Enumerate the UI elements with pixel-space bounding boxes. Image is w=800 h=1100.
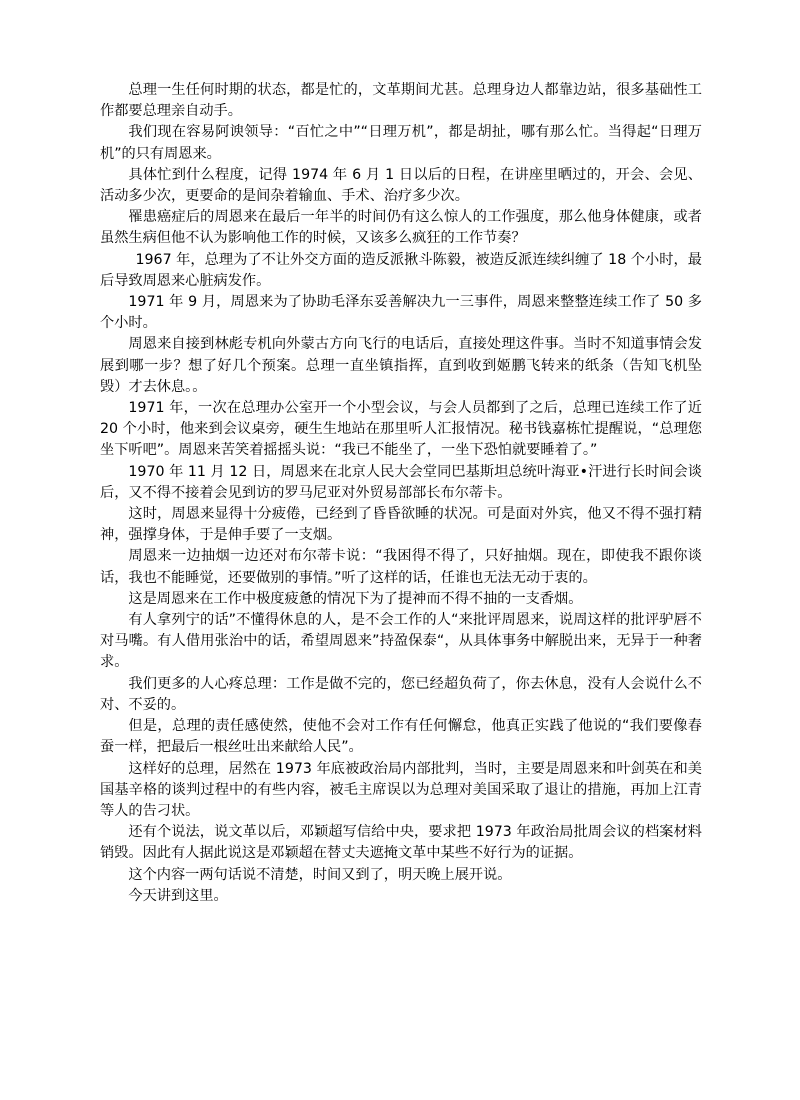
paragraph: 1971 年，一次在总理办公室开一个小型会议，与会人员都到了之后，总理已连续工作… [100, 398, 702, 462]
paragraph: 这是周恩来在工作中极度疲惫的情况下为了提神而不得不抽的一支香烟。 [100, 589, 702, 610]
paragraph: 有人拿列宁的话”不懂得休息的人，是不会工作的人“来批评周恩来，说周这样的批评驴唇… [100, 610, 702, 674]
paragraph: 这个内容一两句话说不清楚，时间又到了，明天晚上展开说。 [100, 865, 702, 886]
paragraph: 我们现在容易阿谀领导：“百忙之中”“日理万机”，都是胡扯，哪有那么忙。当得起“日… [100, 122, 702, 164]
paragraph: 周恩来自接到林彪专机向外蒙古方向飞行的电话后，直接处理这件事。当时不知道事情会发… [100, 334, 702, 398]
paragraph: 这样好的总理，居然在 1973 年底被政治局内部批判，当时，主要是周恩来和叶剑英… [100, 759, 702, 823]
paragraph: 这时，周恩来显得十分疲倦，已经到了昏昏欲睡的状况。可是面对外宾，他又不得不强打精… [100, 504, 702, 546]
paragraph: 周恩来一边抽烟一边还对布尔蒂卡说：“我困得不得了，只好抽烟。现在，即使我不跟你谈… [100, 546, 702, 588]
paragraph: 具体忙到什么程度，记得 1974 年 6 月 1 日以后的日程，在讲座里晒过的，… [100, 165, 702, 207]
paragraph: 还有个说法，说文革以后，邓颖超写信给中央，要求把 1973 年政治局批周会议的档… [100, 822, 702, 864]
paragraph: 罹患癌症后的周恩来在最后一年半的时间仍有这么惊人的工作强度，那么他身体健康，或者… [100, 207, 702, 249]
paragraph: 总理一生任何时期的状态，都是忙的，文革期间尤甚。总理身边人都靠边站，很多基础性工… [100, 80, 702, 122]
document-body: 总理一生任何时期的状态，都是忙的，文革期间尤甚。总理身边人都靠边站，很多基础性工… [100, 80, 702, 907]
paragraph: 1971 年 9 月，周恩来为了协助毛泽东妥善解决九一三事件，周恩来整整连续工作… [100, 292, 702, 334]
paragraph: 1967 年，总理为了不让外交方面的造反派揪斗陈毅，被造反派连续纠缠了 18 个… [100, 250, 702, 292]
paragraph: 我们更多的人心疼总理：工作是做不完的，您已经超负荷了，你去休息，没有人会说什么不… [100, 674, 702, 716]
paragraph: 今天讲到这里。 [100, 886, 702, 907]
paragraph: 1970 年 11 月 12 日，周恩来在北京人民大会堂同巴基斯坦总统叶海亚•汗… [100, 462, 702, 504]
paragraph: 但是，总理的责任感使然，使他不会对工作有任何懈怠，他真正实践了他说的“我们要像春… [100, 716, 702, 758]
